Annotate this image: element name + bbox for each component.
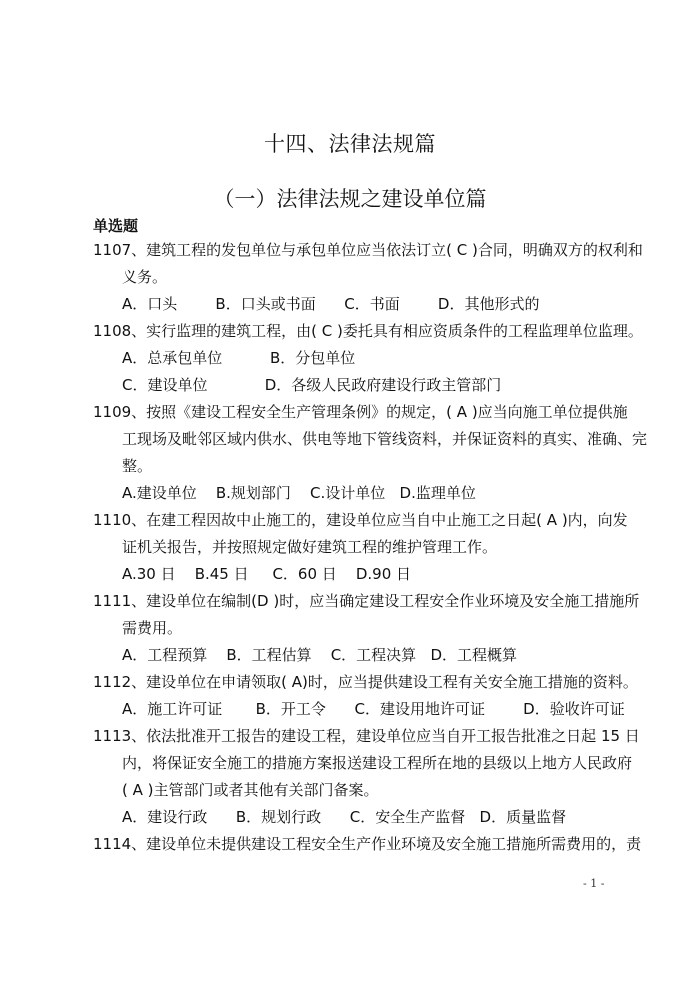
question-1113: 1113、依法批准开工报告的建设工程，建设单位应当自开工报告批准之日起 15 日…	[93, 723, 613, 831]
question-1107: 1107、建筑工程的发包单位与承包单位应当依法订立( C )合同，明确双方的权利…	[93, 237, 613, 318]
page-number: - 1 -	[583, 877, 604, 890]
question-text: 1114、建设单位未提供建设工程安全生产作业环境及安全施工措施所需费用的，责	[93, 831, 613, 858]
question-options: C．建设单位 D．各级人民政府建设行政主管部门	[93, 372, 613, 399]
question-options: A．总承包单位 B．分包单位	[93, 345, 613, 372]
question-text: 1112、建设单位在申请领取( A)时，应当提供建设工程有关安全施工措施的资料。	[93, 669, 613, 696]
section-title: （一）法律法规之建设单位篇	[0, 183, 700, 213]
question-text: 需费用。	[93, 615, 613, 642]
question-options: A.30 日 B.45 日 C．60 日 D.90 日	[93, 561, 613, 588]
question-text: 1111、建设单位在编制(D )时，应当确定建设工程安全作业环境及安全施工措施所	[93, 588, 613, 615]
question-1108: 1108、实行监理的建筑工程，由( C )委托具有相应资质条件的工程监理单位监理…	[93, 318, 613, 399]
chapter-title: 十四、法律法规篇	[0, 128, 700, 158]
question-1114: 1114、建设单位未提供建设工程安全生产作业环境及安全施工措施所需费用的，责	[93, 831, 613, 858]
question-1109: 1109、按照《建设工程安全生产管理条例》的规定，( A )应当向施工单位提供施…	[93, 399, 613, 507]
question-text: 内，将保证安全施工的措施方案报送建设工程所在地的县级以上地方人民政府	[93, 750, 613, 777]
question-text: 1107、建筑工程的发包单位与承包单位应当依法订立( C )合同，明确双方的权利…	[93, 237, 613, 264]
question-text: 1109、按照《建设工程安全生产管理条例》的规定，( A )应当向施工单位提供施	[93, 399, 613, 426]
question-options: A．建设行政 B．规划行政 C．安全生产监督 D．质量监督	[93, 804, 613, 831]
question-options: A．口头 B．口头或书面 C．书面 D．其他形式的	[93, 291, 613, 318]
question-list: 1107、建筑工程的发包单位与承包单位应当依法订立( C )合同，明确双方的权利…	[93, 237, 613, 858]
document-page: 十四、法律法规篇 （一）法律法规之建设单位篇 单选题 1107、建筑工程的发包单…	[0, 0, 700, 990]
question-text: 1110、在建工程因故中止施工的，建设单位应当自中止施工之日起( A )内，向发	[93, 507, 613, 534]
question-text: 1108、实行监理的建筑工程，由( C )委托具有相应资质条件的工程监理单位监理…	[93, 318, 613, 345]
question-text: 1113、依法批准开工报告的建设工程，建设单位应当自开工报告批准之日起 15 日	[93, 723, 613, 750]
question-options: A．工程预算 B．工程估算 C．工程决算 D．工程概算	[93, 642, 613, 669]
question-type-heading: 单选题	[93, 215, 138, 236]
question-text: 义务。	[93, 264, 613, 291]
question-text: 工现场及毗邻区域内供水、供电等地下管线资料，并保证资料的真实、准确、完	[93, 426, 613, 453]
question-options: A.建设单位 B.规划部门 C.设计单位 D.监理单位	[93, 480, 613, 507]
question-text: 证机关报告，并按照规定做好建筑工程的维护管理工作。	[93, 534, 613, 561]
question-1112: 1112、建设单位在申请领取( A)时，应当提供建设工程有关安全施工措施的资料。…	[93, 669, 613, 723]
question-options: A．施工许可证 B．开工令 C．建设用地许可证 D．验收许可证	[93, 696, 613, 723]
question-text: ( A )主管部门或者其他有关部门备案。	[93, 777, 613, 804]
question-text: 整。	[93, 453, 613, 480]
question-1111: 1111、建设单位在编制(D )时，应当确定建设工程安全作业环境及安全施工措施所…	[93, 588, 613, 669]
question-1110: 1110、在建工程因故中止施工的，建设单位应当自中止施工之日起( A )内，向发…	[93, 507, 613, 588]
